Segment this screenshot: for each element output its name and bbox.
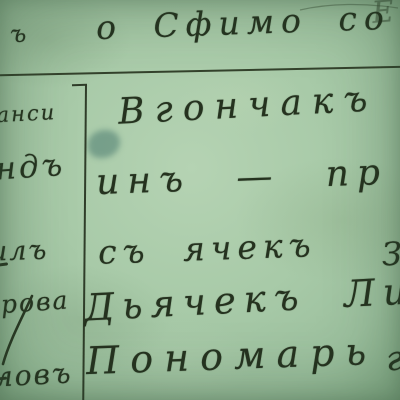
left-column-fragment: андъ [0, 150, 66, 187]
right-column-line: инъ — пр [95, 155, 388, 201]
header-script-fragment-right: Е [371, 0, 395, 29]
manuscript-photo: ъ о Сфимо со Е канси андъ нилъ дорова ол… [0, 0, 400, 400]
right-edge-fragment: З [381, 238, 400, 271]
header-script-line: о Сфимо со [96, 1, 392, 44]
left-column-fragment: дорова [0, 287, 70, 319]
left-column-fragment: оловъ [0, 359, 73, 392]
right-column-line: съ ячекъ [97, 228, 317, 269]
right-column-line: Пономарь [85, 332, 377, 380]
header-script-fragment-left: ъ [9, 21, 27, 47]
right-edge-fragment: г [385, 342, 400, 377]
left-column-fragment: канси [0, 102, 57, 127]
